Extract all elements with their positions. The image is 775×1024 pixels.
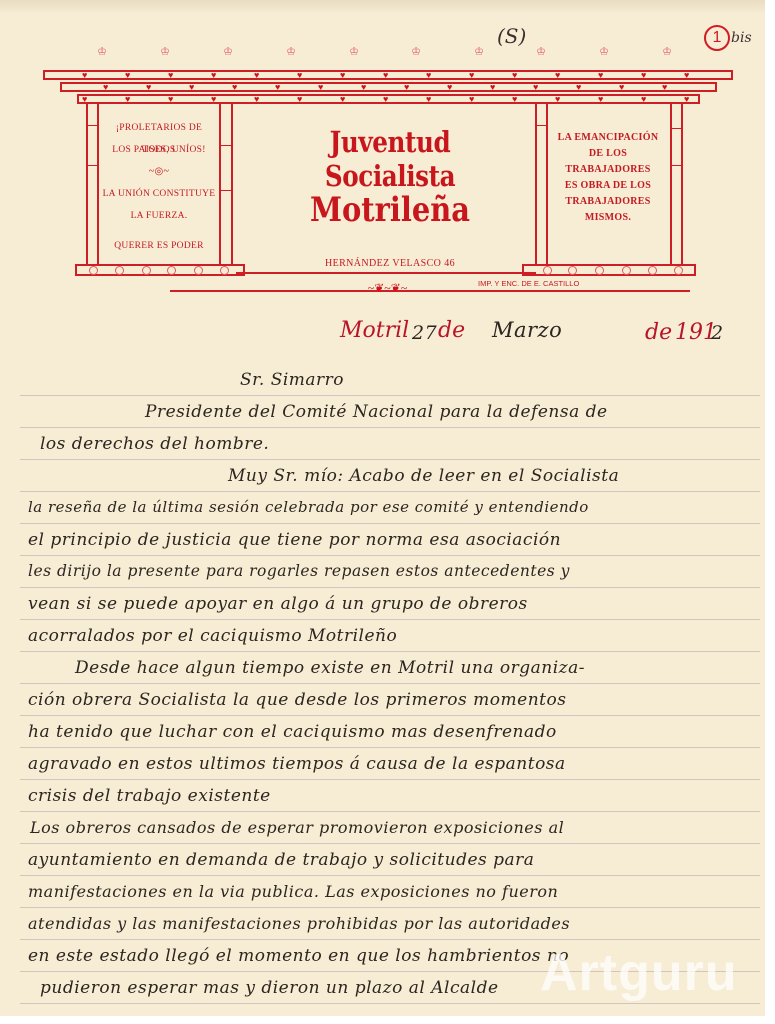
- dateline-de: de: [645, 320, 672, 345]
- motto-line: MISMOS.: [548, 210, 668, 226]
- left-motto-panel: ¡PROLETARIOS DE TODOS LOS PAISES, UNÍOS!…: [100, 117, 218, 257]
- printer-imprint: IMP. Y ENC. DE E. CASTILLO: [478, 279, 579, 288]
- motto-line: DE LOS: [548, 146, 668, 162]
- archive-annotation: (S): [497, 24, 526, 48]
- letter-line: vean si se puede apoyar en algo á un gru…: [28, 594, 528, 614]
- crown-icon: ♔: [96, 48, 108, 66]
- dateline-month: Marzo: [492, 318, 562, 342]
- letter-line: agravado en estos ultimos tiempos á caus…: [28, 754, 566, 774]
- motto-line: QUERER ES PODER: [100, 235, 218, 257]
- motto-line: LA UNIÓN CONSTITUYE: [100, 183, 218, 205]
- right-motto-panel: LA EMANCIPACIÓN DE LOS TRABAJADORES ES O…: [548, 130, 668, 226]
- crown-icon: ♔: [348, 48, 360, 66]
- letter-line: la reseña de la última sesión celebrada …: [28, 498, 589, 516]
- crown-icon: ♔: [598, 48, 610, 66]
- letter-line: pudieron esperar mas y dieron un plazo a…: [40, 978, 499, 998]
- letter-line: el principio de justicia que tiene por n…: [28, 530, 561, 550]
- scan-edge-bottom: [0, 1016, 775, 1024]
- flourish-icon: ~❦~❦~: [340, 281, 435, 295]
- motto-line: ES OBRA DE LOS: [548, 178, 668, 194]
- letter-line: atendidas y las manifestaciones prohibid…: [28, 914, 570, 933]
- watermark: Artguru: [540, 943, 738, 1003]
- letter-line: Presidente del Comité Nacional para la d…: [145, 402, 608, 422]
- dateline-year-suffix: 2: [711, 322, 724, 344]
- crown-icon: ♔: [222, 48, 234, 66]
- crown-icon: ♔: [285, 48, 297, 66]
- letter-line: ción obrera Socialista la que desde los …: [28, 690, 566, 710]
- scan-edge: [765, 0, 775, 1024]
- letter-line: Muy Sr. mío: Acabo de leer en el Sociali…: [228, 466, 619, 486]
- motto-line: TRABAJADORES: [548, 194, 668, 210]
- motto-line: TRABAJADORES: [548, 162, 668, 178]
- letter-line: ayuntamiento en demanda de trabajo y sol…: [28, 850, 534, 870]
- motto-line: ¡PROLETARIOS DE TODOS: [100, 117, 218, 139]
- letter-line: Los obreros cansados de esperar promovie…: [30, 818, 564, 837]
- page-number-suffix: bis: [731, 30, 752, 46]
- motto-line: LOS PAISES, UNÍOS!: [100, 139, 218, 161]
- letter-line: les dirijo la presente para rogarles rep…: [28, 562, 570, 580]
- organization-address: HERNÁNDEZ VELASCO 46: [290, 258, 490, 269]
- organization-name-line1: Juventud Socialista: [263, 125, 518, 193]
- letter-line: acorralados por el caciquismo Motrileño: [28, 626, 397, 646]
- motto-line: LA EMANCIPACIÓN: [548, 130, 668, 146]
- letter-line: los derechos del hombre.: [40, 434, 269, 454]
- crown-icon: ♔: [473, 48, 485, 66]
- salutation-addressee: Sr. Simarro: [240, 370, 344, 390]
- dateline-place: Motril: [340, 318, 409, 343]
- page-number-circle: 1: [704, 25, 730, 51]
- letter-line: en este estado llegó el momento en que l…: [28, 946, 569, 966]
- letter-line: manifestaciones en la via publica. Las e…: [28, 882, 558, 901]
- motto-line: LA FUERZA.: [100, 205, 218, 227]
- letter-line: Desde hace algun tiempo existe en Motril…: [75, 658, 585, 678]
- crown-icon: ♔: [159, 48, 171, 66]
- crown-icon: ♔: [535, 48, 547, 66]
- letter-line: crisis del trabajo existente: [28, 786, 271, 806]
- dateline-de: de: [438, 318, 465, 343]
- crown-icon: ♔: [661, 48, 673, 66]
- letter-line: ha tenido que luchar con el caciquismo m…: [28, 722, 557, 742]
- crown-icon: ♔: [410, 48, 422, 66]
- ornament-icon: ~◎~: [100, 161, 218, 183]
- organization-name-line2: Motrileña: [263, 190, 518, 230]
- dateline-day: 27: [412, 322, 437, 344]
- paper-fold-shadow: [0, 0, 775, 14]
